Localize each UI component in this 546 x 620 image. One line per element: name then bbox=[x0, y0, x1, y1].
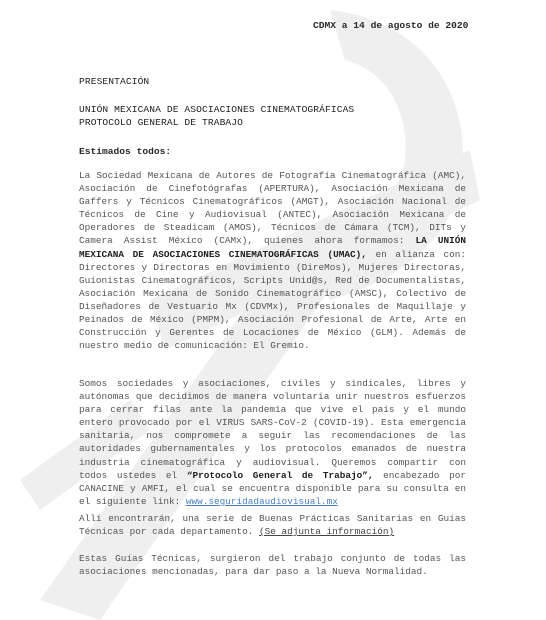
protocol-title: PROTOCOLO GENERAL DE TRABAJO bbox=[79, 117, 243, 128]
org-title: UNIÓN MEXICANA DE ASOCIACIONES CINEMATOG… bbox=[79, 104, 354, 115]
paragraph-practices: Allí encontrarán, una serie de Buenas Pr… bbox=[79, 512, 466, 538]
paragraph-text: en alianza con: Directores y Directoras … bbox=[79, 249, 466, 352]
paragraph-text: Somos sociedades y asociaciones, civiles… bbox=[79, 378, 466, 481]
greeting: Estimados todos: bbox=[79, 146, 171, 157]
paragraph-guides: Estas Guías Técnicas, surgieron del trab… bbox=[79, 552, 466, 578]
paragraph-associations: La Sociedad Mexicana de Autores de Fotog… bbox=[79, 169, 466, 352]
paragraph-text: La Sociedad Mexicana de Autores de Fotog… bbox=[79, 170, 466, 246]
protocol-bold-name: “Protocolo General de Trabajo”, bbox=[187, 470, 374, 481]
section-title: PRESENTACIÓN bbox=[79, 76, 149, 87]
date-line: CDMX a 14 de agosto de 2020 bbox=[313, 20, 468, 31]
paragraph-text: Estas Guías Técnicas, surgieron del trab… bbox=[79, 553, 466, 577]
paragraph-mission: Somos sociedades y asociaciones, civiles… bbox=[79, 377, 466, 508]
seguridad-audiovisual-link[interactable]: www.seguridadaudiovisual.mx bbox=[186, 496, 338, 507]
document-page: CDMX a 14 de agosto de 2020 PRESENTACIÓN… bbox=[0, 0, 546, 620]
attachment-note-link[interactable]: (Se adjunta información) bbox=[259, 526, 394, 537]
